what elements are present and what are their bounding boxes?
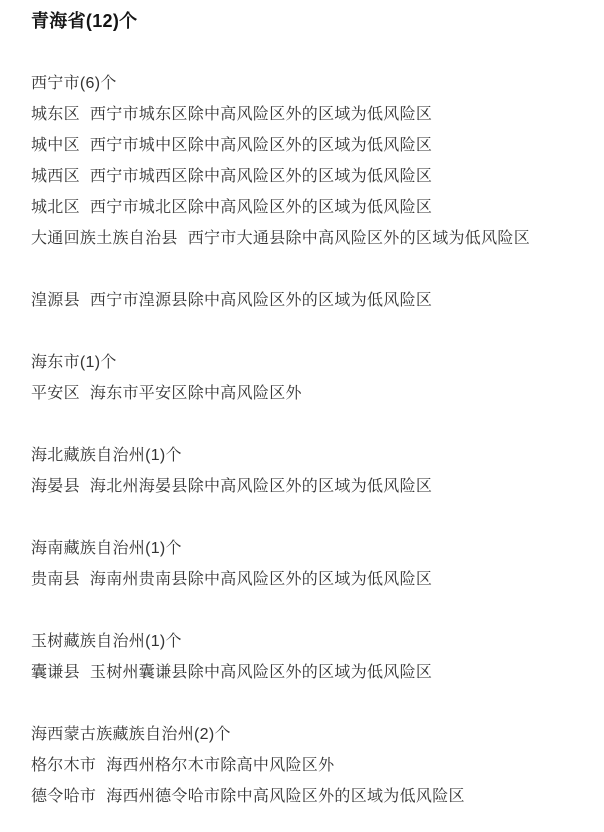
district-name: 德令哈市 xyxy=(31,788,96,805)
district-description: 玉树州囊谦县除中高风险区外的区域为低风险区 xyxy=(90,664,432,681)
district-description: 西宁市城北区除中高风险区外的区域为低风险区 xyxy=(90,199,432,216)
section-block: 海西蒙古族藏族自治州(2)个格尔木市海西州格尔木市除高中风险区外德令哈市海西州德… xyxy=(31,719,596,812)
entry-line: 湟源县西宁市湟源县除中高风险区外的区域为低风险区 xyxy=(31,285,596,316)
group-heading: 玉树藏族自治州(1)个 xyxy=(31,626,596,657)
section-block: 海南藏族自治州(1)个贵南县海南州贵南县除中高风险区外的区域为低风险区 xyxy=(31,533,596,595)
district-description: 西宁市湟源县除中高风险区外的区域为低风险区 xyxy=(90,292,432,309)
district-name: 囊谦县 xyxy=(31,664,80,681)
entry-line: 城东区西宁市城东区除中高风险区外的区域为低风险区 xyxy=(31,99,596,130)
section-block: 海北藏族自治州(1)个海晏县海北州海晏县除中高风险区外的区域为低风险区 xyxy=(31,440,596,502)
entry-line: 贵南县海南州贵南县除中高风险区外的区域为低风险区 xyxy=(31,564,596,595)
district-name: 贵南县 xyxy=(31,571,80,588)
entry-line: 城北区西宁市城北区除中高风险区外的区域为低风险区 xyxy=(31,192,596,223)
group-heading: 海北藏族自治州(1)个 xyxy=(31,440,596,471)
entry-line: 大通回族土族自治县西宁市大通县除中高风险区外的区域为低风险区 xyxy=(31,223,596,254)
district-description: 海东市平安区除中高风险区外 xyxy=(90,385,302,402)
section-block: 海东市(1)个平安区海东市平安区除中高风险区外 xyxy=(31,347,596,409)
district-name: 城东区 xyxy=(31,106,80,123)
section-block: 玉树藏族自治州(1)个囊谦县玉树州囊谦县除中高风险区外的区域为低风险区 xyxy=(31,626,596,688)
district-description: 西宁市大通县除中高风险区外的区域为低风险区 xyxy=(188,230,530,247)
district-name: 格尔木市 xyxy=(31,757,96,774)
entry-line: 海晏县海北州海晏县除中高风险区外的区域为低风险区 xyxy=(31,471,596,502)
group-heading: 海西蒙古族藏族自治州(2)个 xyxy=(31,719,596,750)
district-name: 湟源县 xyxy=(31,292,80,309)
district-description: 西宁市城东区除中高风险区外的区域为低风险区 xyxy=(90,106,432,123)
group-heading: 海东市(1)个 xyxy=(31,347,596,378)
district-description: 海西州德令哈市除中高风险区外的区域为低风险区 xyxy=(106,788,465,805)
section-block: 湟源县西宁市湟源县除中高风险区外的区域为低风险区 xyxy=(31,285,596,316)
entry-line: 平安区海东市平安区除中高风险区外 xyxy=(31,378,596,409)
group-heading: 西宁市(6)个 xyxy=(31,68,596,99)
entry-line: 格尔木市海西州格尔木市除高中风险区外 xyxy=(31,750,596,781)
district-name: 海晏县 xyxy=(31,478,80,495)
district-name: 大通回族土族自治县 xyxy=(31,230,178,247)
district-name: 城西区 xyxy=(31,168,80,185)
content: 西宁市(6)个城东区西宁市城东区除中高风险区外的区域为低风险区城中区西宁市城中区… xyxy=(31,68,596,812)
page-title: 青海省(12)个 xyxy=(31,6,596,37)
district-description: 海北州海晏县除中高风险区外的区域为低风险区 xyxy=(90,478,432,495)
entry-line: 城中区西宁市城中区除中高风险区外的区域为低风险区 xyxy=(31,130,596,161)
district-description: 海西州格尔木市除高中风险区外 xyxy=(106,757,334,774)
district-name: 城中区 xyxy=(31,137,80,154)
group-heading: 海南藏族自治州(1)个 xyxy=(31,533,596,564)
document-page: 青海省(12)个 西宁市(6)个城东区西宁市城东区除中高风险区外的区域为低风险区… xyxy=(0,0,604,832)
district-name: 平安区 xyxy=(31,385,80,402)
district-description: 西宁市城西区除中高风险区外的区域为低风险区 xyxy=(90,168,432,185)
district-description: 西宁市城中区除中高风险区外的区域为低风险区 xyxy=(90,137,432,154)
section-block: 西宁市(6)个城东区西宁市城东区除中高风险区外的区域为低风险区城中区西宁市城中区… xyxy=(31,68,596,254)
entry-line: 囊谦县玉树州囊谦县除中高风险区外的区域为低风险区 xyxy=(31,657,596,688)
district-description: 海南州贵南县除中高风险区外的区域为低风险区 xyxy=(90,571,432,588)
entry-line: 城西区西宁市城西区除中高风险区外的区域为低风险区 xyxy=(31,161,596,192)
entry-line: 德令哈市海西州德令哈市除中高风险区外的区域为低风险区 xyxy=(31,781,596,812)
district-name: 城北区 xyxy=(31,199,80,216)
